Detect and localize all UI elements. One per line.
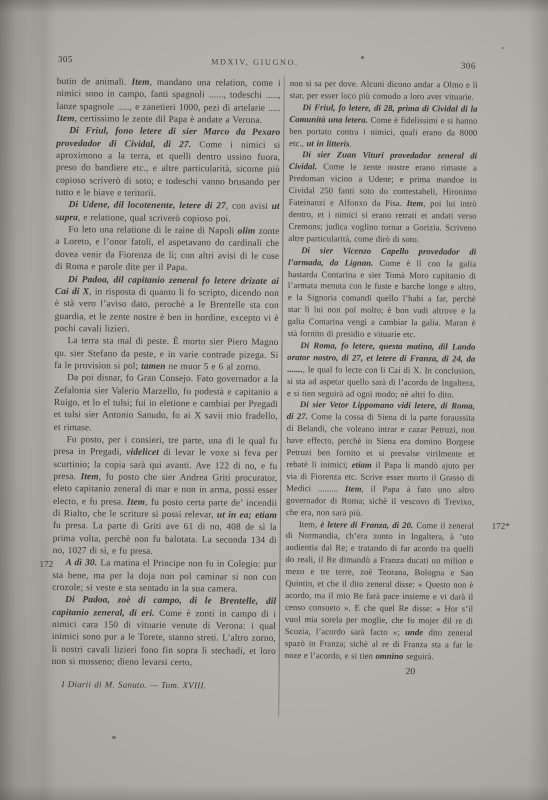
running-title: MDXIV, GIUGNO. <box>211 57 299 67</box>
text-run: videlicet <box>126 448 159 458</box>
text-run: omnino <box>376 650 404 660</box>
text-run: Item <box>81 472 99 482</box>
volume-footer: I Diarii di M. Sanuto. — Tom. XVIII. <box>61 678 275 692</box>
paragraph: Di sier Zuan Vituri provedador zeneral d… <box>288 149 477 246</box>
text-run: è letere di Franza, di 20. <box>320 519 413 530</box>
left-column: butin de animali. Item, mandano una rela… <box>51 76 280 692</box>
text-run: tamen <box>141 362 166 372</box>
paragraph: Di sier Vetor Lippomano vidi letere, di … <box>286 399 475 520</box>
paragraph: Da poi disnar, fo Gran Consejo. Fato gov… <box>54 372 279 436</box>
page-header: 305 MDXIV, GIUGNO. 306 <box>57 50 478 80</box>
text-run: ut in ea; etiam <box>217 510 277 521</box>
paragraph: Di sier Vicenzo Capello provedador di l’… <box>287 245 476 342</box>
text-run: Da poi disnar, fo Gran Consejo. Fato gov… <box>54 373 279 433</box>
text-run: ut in litteris <box>307 138 350 148</box>
margin-column-number: 172 <box>26 558 53 571</box>
text-run: Item <box>127 497 145 507</box>
text-run: unde <box>405 627 423 637</box>
signature-number: 20 <box>285 666 473 680</box>
text-run: seguirà. <box>403 651 433 661</box>
paragraph: Di Friul, fono letere di sier Marco da P… <box>56 125 281 201</box>
text-run: Item <box>345 483 362 493</box>
left-column-paragraphs: butin de animali. Item, mandano una rela… <box>52 76 281 670</box>
paragraph: Di Udene, dil locotenente, letere di 27,… <box>55 199 279 226</box>
text-run: ne muor 5 e 6 al zorno. <box>166 362 261 373</box>
right-column: non si sa per dove. Alcuni dicono andar … <box>285 78 478 680</box>
scanned-book-page: 305 MDXIV, GIUGNO. 306 butin de animali.… <box>0 0 548 800</box>
text-columns: butin de animali. Item, mandano una rela… <box>51 76 477 693</box>
paragraph: Fo leto una relatione di le raine di Nap… <box>55 224 279 275</box>
text-run: etiam <box>352 460 372 470</box>
text-run: Item <box>56 114 74 124</box>
margin-column-number: 172* <box>479 520 510 532</box>
text-run: Item <box>131 78 149 88</box>
ink-speck-icon <box>112 736 116 739</box>
paragraph: butin de animali. Item, mandano una rela… <box>56 76 280 127</box>
ink-speck-icon <box>502 47 504 49</box>
column-number-right: 306 <box>461 61 476 71</box>
text-run: butin de animali. <box>57 77 132 88</box>
paragraph: A dì 30. La matina el Principe non fu in… <box>52 557 276 596</box>
text-run: Come il zeneral di Normandia, ch’era zon… <box>285 520 474 637</box>
paragraph: Di Friul, fo letere, di 28, prima di Civ… <box>289 102 477 151</box>
text-run: , certissimo le zente dil Papa è andate … <box>74 114 262 126</box>
text-run: Di Udene, dil locotenente, letere di 27 <box>69 201 226 212</box>
column-number-left: 305 <box>58 54 73 64</box>
text-run: , le qual fo lecte con li Cai di X. In c… <box>287 364 475 399</box>
right-column-paragraphs: non si sa per dove. Alcuni dicono andar … <box>285 78 478 663</box>
text-run: fu presa. La parte di Griti ave 61 di no… <box>53 521 277 557</box>
text-run: , con avisi <box>226 202 272 212</box>
paragraph: non si sa per dove. Alcuni dicono andar … <box>290 78 478 103</box>
paragraph: Di Roma, fo letere, questa matina, dil L… <box>287 340 476 401</box>
paragraph: Di Padoa, dil capitanio zeneral fo leter… <box>55 273 280 337</box>
text-run: Fo leto una relatione di le raine di Nap… <box>68 225 237 236</box>
text-run: non si sa per dove. Alcuni dicono andar … <box>290 78 478 102</box>
page-content: 305 MDXIV, GIUGNO. 306 butin de animali.… <box>51 50 478 693</box>
ink-speck-icon <box>361 56 364 59</box>
paragraph: Di Padoa, zoè di campo, di le Brentelle,… <box>52 594 277 670</box>
text-run: . <box>350 138 352 148</box>
text-run: Come è lì con la galia bastarda Contarin… <box>287 257 476 339</box>
text-run: Item, <box>299 519 321 529</box>
text-run: A dì 30. <box>65 559 97 569</box>
paragraph: La terra sta mal di peste. È morto sier … <box>54 335 278 374</box>
paragraph: Fu posto, per i consieri, tre parte, una… <box>53 434 278 559</box>
paragraph: Item, è letere di Franza, di 20. Come il… <box>285 519 474 664</box>
text-run: Item <box>407 198 424 208</box>
text-run: , in risposta di quanto li fo scripto, d… <box>55 287 279 334</box>
text-run: , e relatione, qual scriverò copioso poi… <box>78 213 231 224</box>
text-run: olim <box>238 227 256 237</box>
